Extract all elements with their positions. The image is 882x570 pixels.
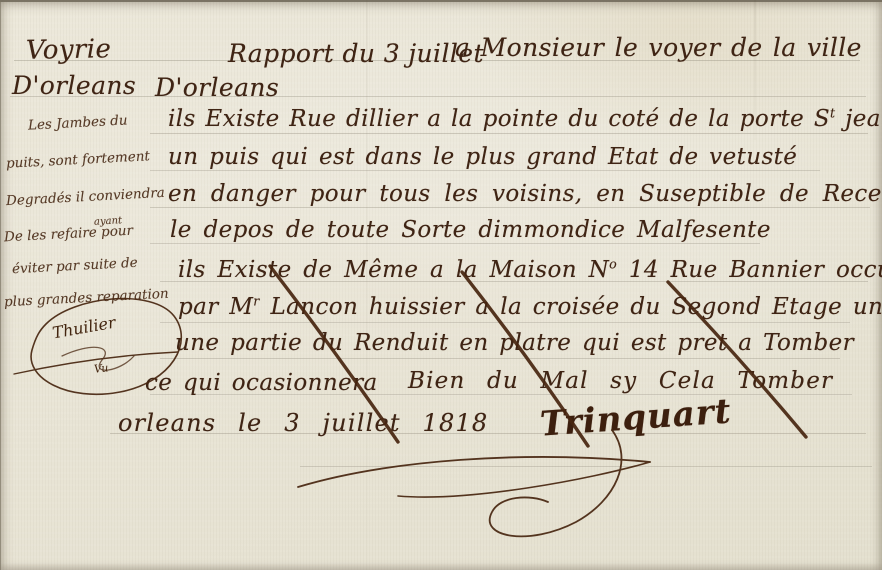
dateline: orleans le 3 juillet 1818	[118, 410, 488, 438]
ruled-line	[10, 96, 866, 97]
margin-note-line: Degradés il conviendra	[6, 186, 165, 209]
ruled-line	[160, 322, 850, 323]
visa-signature: Thuilier	[51, 313, 117, 343]
visa-mark: Vu	[93, 361, 109, 375]
body-line: une partie du Renduit en platre qui est …	[175, 330, 854, 356]
body-line: par Mr Lancon huissier a la croisée du S…	[178, 294, 882, 320]
body-line: un puis qui est dans le plus grand Etat …	[168, 144, 797, 170]
margin-header-orleans: D'orleans	[12, 72, 136, 101]
margin-note-line: Les Jambes du	[28, 113, 128, 133]
margin-note-line: éviter par suite de	[12, 256, 138, 277]
margin-note-line: puits, sont fortement	[6, 149, 151, 171]
ruled-line	[160, 358, 840, 359]
ruled-line	[150, 133, 868, 134]
report-title-part2: a Monsieur le voyer de la ville	[455, 34, 862, 63]
margin-note-line: plus grandes reparation	[4, 287, 169, 310]
paper-crease	[366, 0, 368, 570]
body-line: ils Existe de Même a la Maison No 14 Rue…	[178, 257, 882, 283]
signature-flourish	[398, 462, 650, 497]
margin-header-voyrie: Voyrie	[26, 35, 112, 66]
scan-top-edge	[0, 0, 882, 2]
body-line: ce qui ocasionnera	[145, 370, 378, 396]
signature-flourish	[298, 457, 650, 487]
ruled-line	[300, 466, 872, 467]
body-line: ils Existe Rue dillier a la pointe du co…	[168, 106, 882, 132]
body-line: le depos de toute Sorte dimmondice Malfe…	[170, 217, 771, 243]
scan-left-edge	[0, 0, 1, 570]
report-title-part1: Rapport du 3 juillet	[228, 40, 484, 69]
body-line: Bien du Mal sy Cela Tomber	[408, 368, 833, 394]
title-line2-orleans: D'orleans	[155, 74, 279, 103]
manuscript-page: Voyrie Rapport du 3 juillet a Monsieur l…	[0, 0, 882, 570]
signature-descender-loop	[490, 430, 622, 536]
author-signature: Trinquart	[539, 391, 733, 444]
body-line: en danger pour tous les voisins, en Suse…	[168, 181, 882, 207]
margin-note-line: De les refaire pour	[4, 224, 134, 246]
